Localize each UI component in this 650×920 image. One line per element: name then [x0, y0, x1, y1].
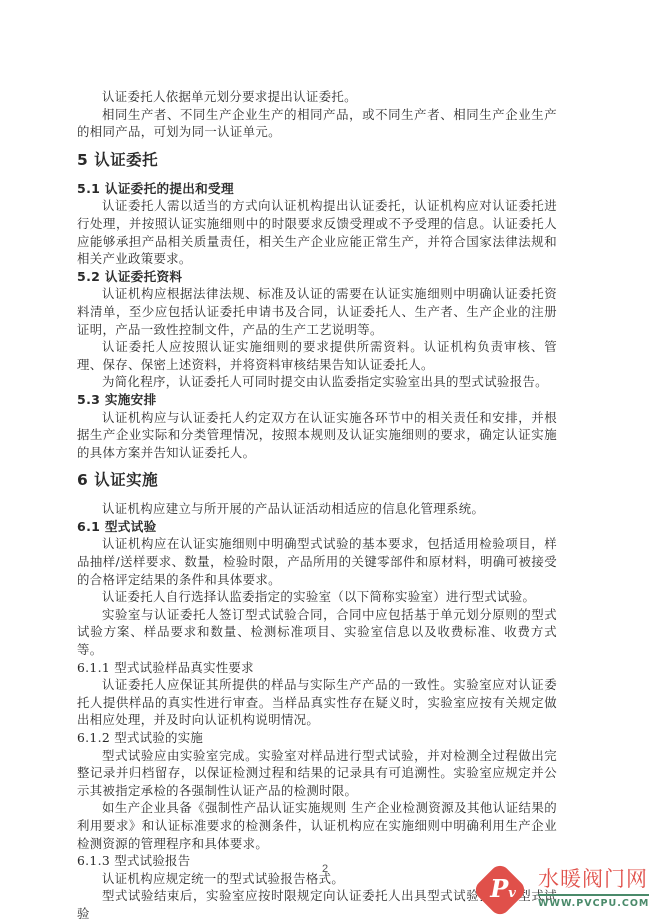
- subsection-heading-5-3: 5.3 实施安排: [77, 391, 557, 409]
- document-page: 认证委托人依据单元划分要求提出认证委托。 相同生产者、不同生产企业生产的相同产品…: [0, 0, 650, 920]
- paragraph: 认证委托人自行选择认监委指定的实验室（以下简称实验室）进行型式试验。: [77, 588, 557, 606]
- document-body: 认证委托人依据单元划分要求提出认证委托。 相同生产者、不同生产企业生产的相同产品…: [77, 88, 557, 920]
- paragraph: 认证委托人应保证其所提供的样品与实际生产产品的一致性。实验室应对认证委托人提供样…: [77, 676, 557, 729]
- logo-letter-p: P: [490, 874, 508, 903]
- paragraph: 认证委托人需以适当的方式向认证机构提出认证委托，认证机构应对认证委托进行处理，并…: [77, 197, 557, 267]
- watermark-logo: Pv 水暖阀门网 WWW.PVCPU.COM: [474, 862, 650, 920]
- page-number: 2: [322, 863, 328, 875]
- paragraph: 认证委托人依据单元划分要求提出认证委托。: [77, 88, 557, 106]
- paragraph: 认证机构应与认证委托人约定双方在认证实施各环节中的相关责任和安排，并根据生产企业…: [77, 409, 557, 462]
- subsection-heading-5-1: 5.1 认证委托的提出和受理: [77, 180, 557, 198]
- watermark-site-name: 水暖阀门网: [538, 867, 648, 891]
- subsection-heading-6-1: 6.1 型式试验: [77, 518, 557, 536]
- paragraph: 认证委托人应按照认证实施细则的要求提供所需资料。认证机构负责审核、管理、保存、保…: [77, 338, 557, 373]
- paragraph: 认证机构应在认证实施细则中明确型式试验的基本要求，包括适用检验项目，样品抽样/送…: [77, 535, 557, 588]
- subsubsection-heading-6-1-2: 6.1.2 型式试验的实施: [77, 729, 557, 747]
- paragraph: 认证机构应建立与所开展的产品认证活动相适应的信息化管理系统。: [77, 500, 557, 518]
- paragraph: 相同生产者、不同生产企业生产的相同产品，或不同生产者、相同生产企业生产的相同产品…: [77, 106, 557, 141]
- watermark-divider: [538, 894, 649, 896]
- subsection-heading-5-2: 5.2 认证委托资料: [77, 268, 557, 286]
- paragraph: 为简化程序，认证委托人可同时提交由认监委指定实验室出具的型式试验报告。: [77, 373, 557, 391]
- pv-logo-letters: Pv: [485, 874, 521, 910]
- paragraph: 型式试验应由实验室完成。实验室对样品进行型式试验，并对检测全过程做出完整记录并归…: [77, 747, 557, 800]
- paragraph: 认证机构应根据法律法规、标准及认证的需要在认证实施细则中明确认证委托资料清单，至…: [77, 285, 557, 338]
- logo-letter-v: v: [508, 886, 516, 901]
- paragraph: 如生产企业具备《强制性产品认证实施规则 生产企业检测资源及其他认证结果的利用要求…: [77, 799, 557, 852]
- subsubsection-heading-6-1-1: 6.1.1 型式试验样品真实性要求: [77, 659, 557, 677]
- section-heading-5: 5 认证委托: [77, 150, 557, 170]
- paragraph: 实验室与认证委托人签订型式试验合同，合同中应包括基于单元划分原则的型式试验方案、…: [77, 606, 557, 659]
- section-heading-6: 6 认证实施: [77, 470, 557, 490]
- watermark-url: WWW.PVCPU.COM: [538, 898, 649, 909]
